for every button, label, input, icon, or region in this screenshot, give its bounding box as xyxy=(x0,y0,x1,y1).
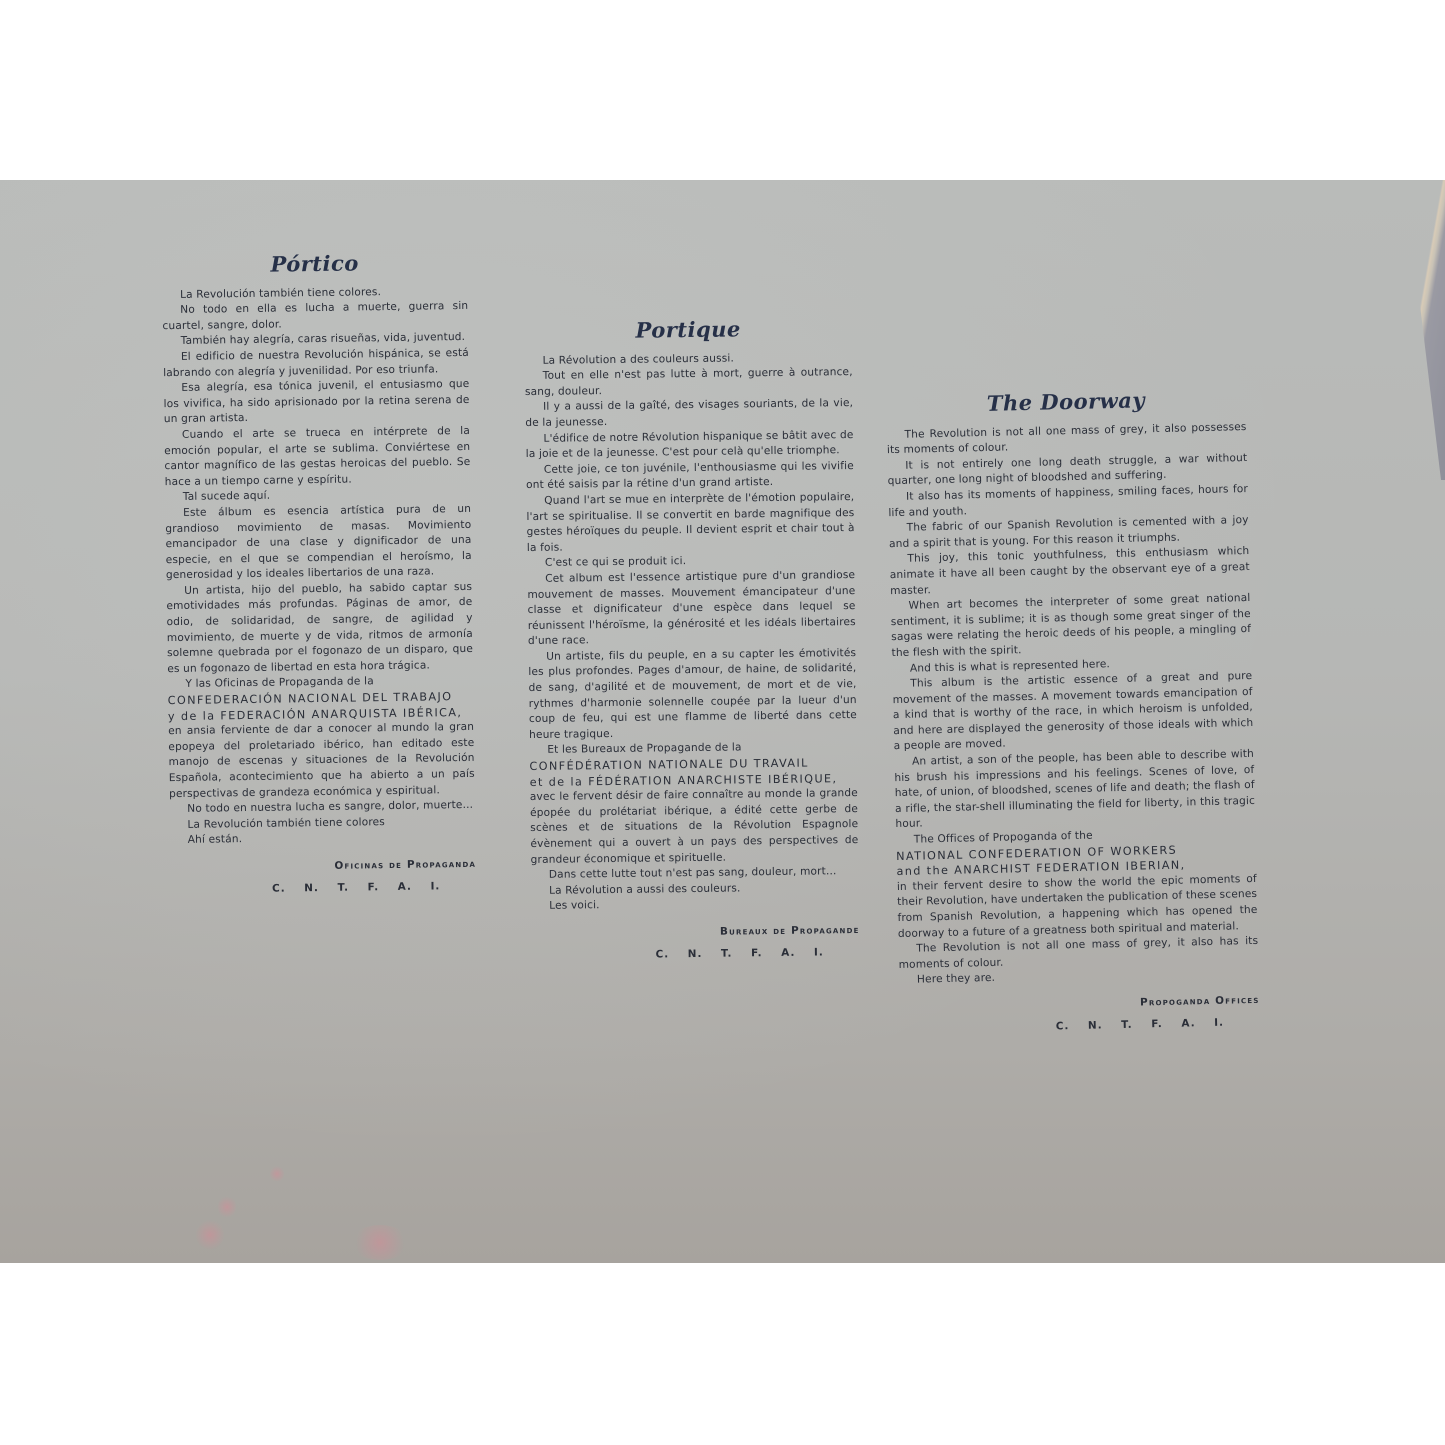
pink-stain xyxy=(218,1195,236,1219)
pink-stain xyxy=(270,1165,284,1183)
closing-line: Ahí están. xyxy=(170,829,476,849)
paragraph: El edificio de nuestra Revolución hispán… xyxy=(163,346,469,381)
paragraph: Este álbum es esencia artística pura de … xyxy=(165,502,472,584)
paragraph: Quand l'art se mue en interprète de l'ém… xyxy=(526,490,855,556)
column-english: The Doorway The Revolution is not all on… xyxy=(886,390,1260,1038)
paragraph: Cette joie, ce ton juvénile, l'enthousia… xyxy=(526,459,854,494)
pink-stain xyxy=(350,1225,410,1260)
org-paragraph: in their fervent desire to show the worl… xyxy=(897,872,1258,943)
paragraph: No todo en ella es lucha a muerte, guerr… xyxy=(162,299,468,334)
body-paragraphs: The Revolution is not all one mass of gr… xyxy=(886,420,1255,834)
signature: Bureaux de Propagande xyxy=(531,923,859,943)
body-paragraphs: La Révolution a des couleurs aussi. Tout… xyxy=(524,350,857,744)
column-french: Portique La Révolution a des couleurs au… xyxy=(524,320,860,964)
body-paragraphs: La Revolución también tiene colores. No … xyxy=(162,283,473,677)
paragraph: Un artiste, fils du peuple, en a su capt… xyxy=(528,646,857,744)
paragraph: Cet album est l'essence artistique pure … xyxy=(527,568,856,650)
paragraph: L'édifice de notre Révolution hispanique… xyxy=(525,428,853,463)
closing-line: Les voici. xyxy=(531,895,859,915)
org-paragraph: en ansia ferviente de dar a conocer al m… xyxy=(168,720,475,802)
paragraph: Esa alegría, esa tónica juvenil, el entu… xyxy=(163,377,470,428)
paragraph: This album is the artistic essence of a … xyxy=(892,669,1254,755)
paragraph: Il y a aussi de la gaîté, des visages so… xyxy=(525,396,853,431)
column-spanish: Pórtico La Revolución también tiene colo… xyxy=(162,254,477,898)
paragraph: When art becomes the interpreter of some… xyxy=(890,591,1251,662)
paragraph: This joy, this tonic youthfulness, this … xyxy=(889,544,1250,599)
column-title: Pórtico xyxy=(162,254,468,274)
paragraph: Cuando el arte se trueca en intérprete d… xyxy=(164,424,471,491)
page-edge-shadow xyxy=(1405,180,1445,480)
signature: Oficinas de Propaganda xyxy=(170,857,476,877)
column-title: Portique xyxy=(524,320,852,340)
paragraph: Un artista, hijo del pueblo, ha sabido c… xyxy=(166,580,473,678)
paragraph: An artist, a son of the people, has been… xyxy=(894,747,1256,833)
pink-stain xyxy=(195,1220,225,1250)
org-paragraph: avec le fervent désir de faire connaître… xyxy=(530,786,859,868)
paragraph: Tout en elle n'est pas lutte à mort, gue… xyxy=(525,365,853,400)
signature: Propoganda Offices xyxy=(899,993,1259,1017)
